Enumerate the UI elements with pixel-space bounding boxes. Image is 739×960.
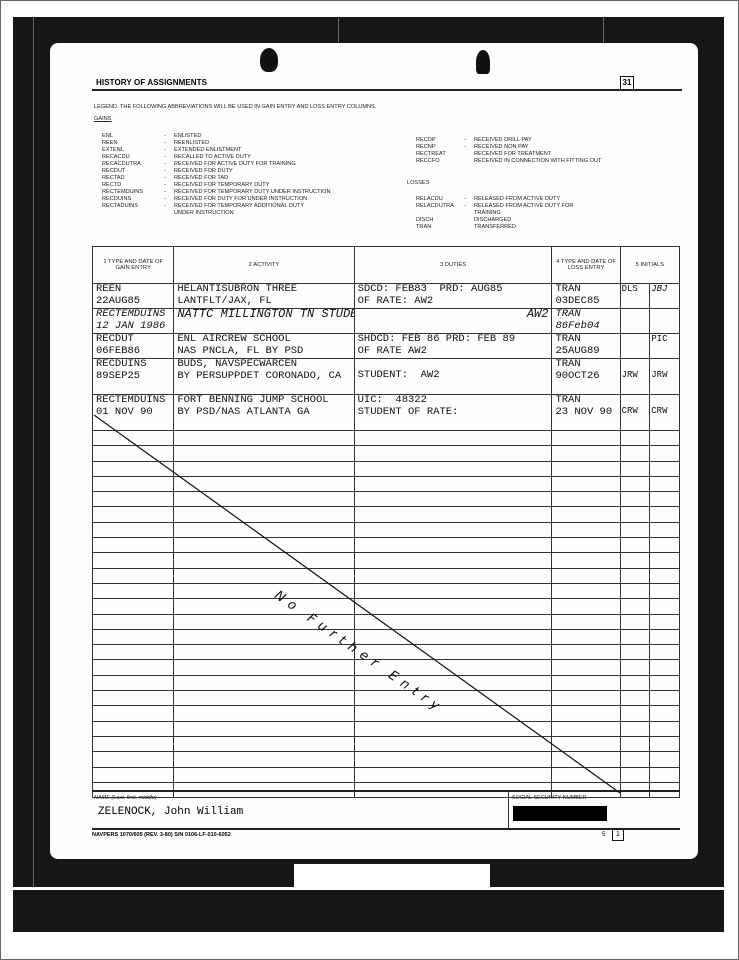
losses-heading: LOSSES: [407, 180, 429, 187]
loss-cell: TRAN 23 NOV 90: [552, 395, 620, 431]
empty-row: [93, 706, 680, 721]
gain-cell: RECTEMDUINS 12 JAN 1986: [93, 309, 174, 334]
legend-item: RECTAD-RECEIVED FOR TAD: [102, 175, 331, 182]
gain-cell: RECDUT 06FEB86: [93, 334, 174, 359]
initials-b-cell: CRW: [650, 395, 680, 431]
assignments-table: 1 TYPE AND DATE OF GAIN ENTRY 2 ACTIVITY…: [92, 246, 680, 798]
empty-row: [93, 599, 680, 614]
col-initials: 5 INITIALS: [620, 247, 679, 284]
corner-number: 5: [602, 832, 605, 838]
scanned-frame-bottom-strip: [13, 890, 724, 932]
name-label: NAME (Last, first, middle): [94, 795, 157, 801]
ssn-label: SOCIAL SECURITY NUMBER: [512, 795, 587, 801]
empty-row: [93, 492, 680, 507]
legend-item: ENL-ENLISTED: [102, 133, 331, 140]
duties-cell: STUDENT: AW2: [354, 359, 552, 395]
gains-heading: GAINS: [94, 116, 111, 123]
empty-row: [93, 522, 680, 537]
activity-cell: ENL AIRCREW SCHOOL NAS PNCLA, FL BY PSD: [174, 334, 354, 359]
loss-cell: TRAN 90OCT26: [552, 359, 620, 395]
legend-item: RECTEMDUINS-RECEIVED FOR TEMPORARY DUTY …: [102, 189, 331, 196]
frame-gap: [294, 864, 490, 888]
legend-item: TRAINING: [416, 210, 573, 217]
empty-row: [93, 461, 680, 476]
ssn-redaction: [513, 806, 607, 821]
ssn-divider: [508, 792, 509, 828]
legend-item: TRANTRANSFERRED: [416, 224, 573, 231]
initials-a-cell: DLS: [620, 284, 650, 309]
initials-a-cell: [620, 334, 650, 359]
table-row: RECDUINS 89SEP25 BUDS, NAVSPECWARCEN BY …: [93, 359, 680, 395]
col-loss-entry: 4 TYPE AND DATE OF LOSS ENTRY: [552, 247, 620, 284]
legend-intro: LEGEND. THE FOLLOWING ABBREVIATIONS WILL…: [94, 104, 376, 111]
empty-row: [93, 721, 680, 736]
duties-cell: SDCD: FEB83 PRD: AUG85 OF RATE: AW2: [354, 284, 552, 309]
page-title: HISTORY OF ASSIGNMENTS: [96, 78, 207, 87]
document-sheet: HISTORY OF ASSIGNMENTS 31 LEGEND. THE FO…: [50, 43, 698, 859]
empty-row: [93, 614, 680, 629]
empty-row: [93, 431, 680, 446]
duties-cell: SHDCD: FEB 86 PRD: FEB 89 OF RATE AW2: [354, 334, 552, 359]
table-header-row: 1 TYPE AND DATE OF GAIN ENTRY 2 ACTIVITY…: [93, 247, 680, 284]
empty-row: [93, 752, 680, 767]
col-duties: 3 DUTIES: [354, 247, 552, 284]
empty-row: [93, 507, 680, 522]
legend-item: RECDP-RECEIVED DRILL PAY: [416, 137, 601, 144]
legend-item: RECDUINS-RECEIVED FOR DUTY FOR UNDER INS…: [102, 196, 331, 203]
col-activity: 2 ACTIVITY: [174, 247, 354, 284]
gain-cell: REEN 22AUG85: [93, 284, 174, 309]
legend-item: UNDER INSTRUCTION: [102, 210, 331, 217]
legend-item: RECACDU-RECALLED TO ACTIVE DUTY: [102, 154, 331, 161]
empty-row: [93, 476, 680, 491]
loss-cell: TRAN 25AUG89: [552, 334, 620, 359]
empty-row: [93, 553, 680, 568]
empty-row: [93, 538, 680, 553]
table-row: RECDUT 06FEB86 ENL AIRCREW SCHOOL NAS PN…: [93, 334, 680, 359]
duties-cell: UIC: 48322 STUDENT OF RATE:: [354, 395, 552, 431]
bottom-rule: [92, 828, 680, 830]
loss-cell: TRAN 03DEC85: [552, 284, 620, 309]
legend-item: RECCFORECEIVED IN CONNECTION WITH FITTIN…: [416, 158, 601, 165]
loss-cell: TRAN 86Feb04: [552, 309, 620, 334]
initials-b-cell: JBJ: [650, 284, 680, 309]
legend-item: RELACDU-RELEASED FROM ACTIVE DUTY: [416, 196, 573, 203]
corner-box: 1: [612, 829, 624, 841]
table-row: RECTEMDUINS 01 NOV 90 FORT BENNING JUMP …: [93, 395, 680, 431]
empty-row: [93, 446, 680, 461]
initials-a-cell: CRW: [620, 395, 650, 431]
title-rule: [92, 89, 682, 91]
gain-cell: RECDUINS 89SEP25: [93, 359, 174, 395]
gains-legend: ENL-ENLISTED REEN-REENLISTED EXTENL-EXTE…: [102, 133, 331, 217]
legend-item: RECNP-RECEIVED NON PAY: [416, 144, 601, 151]
page-number: 31: [620, 76, 634, 90]
activity-cell: FORT BENNING JUMP SCHOOL BY PSD/NAS ATLA…: [174, 395, 354, 431]
activity-cell: BUDS, NAVSPECWARCEN BY PERSUPPDET CORONA…: [174, 359, 354, 395]
punch-hole-right-icon: [476, 50, 490, 74]
legend-item: RECACDUTRA-RECEIVED FOR ACTIVE DUTY FOR …: [102, 161, 331, 168]
legend-item: RECTREATRECEIVED FOR TREATMENT: [416, 151, 601, 158]
empty-row: [93, 645, 680, 660]
empty-row: [93, 583, 680, 598]
initials-a-cell: JRW: [620, 359, 650, 395]
table-row-handwritten: RECTEMDUINS 12 JAN 1986 NATTC MILLINGTON…: [93, 309, 680, 334]
legend-item: RECDUT-RECEIVED FOR DUTY: [102, 168, 331, 175]
legend-item: RECTD-RECEIVED FOR TEMPORARY DUTY: [102, 182, 331, 189]
empty-row: [93, 691, 680, 706]
empty-row: [93, 629, 680, 644]
gain-cell: RECTEMDUINS 01 NOV 90: [93, 395, 174, 431]
activity-cell: HELANTISUBRON THREE LANTFLT/JAX, FL: [174, 284, 354, 309]
punch-hole-left-icon: [260, 48, 278, 72]
activity-cell: NATTC MILLINGTON TN STUDENT: [174, 309, 354, 334]
empty-row: [93, 568, 680, 583]
empty-row: [93, 767, 680, 782]
initials-b-cell: PIC: [650, 334, 680, 359]
initials-b-cell: [650, 309, 680, 334]
table-row: REEN 22AUG85 HELANTISUBRON THREE LANTFLT…: [93, 284, 680, 309]
empty-row: [93, 736, 680, 751]
losses-legend: RELACDU-RELEASED FROM ACTIVE DUTY RELACD…: [416, 196, 573, 231]
gains-legend-continued: RECDP-RECEIVED DRILL PAY RECNP-RECEIVED …: [416, 137, 601, 165]
initials-a-cell: [620, 309, 650, 334]
initials-b-cell: JRW: [650, 359, 680, 395]
legend-item: DISCHDISCHARGED: [416, 217, 573, 224]
legend-item: RELACDUTRA-RELEASED FROM ACTIVE DUTY FOR: [416, 203, 573, 210]
form-number: NAVPERS 1070/605 (REV. 3-80) S/N 0106-LF…: [92, 832, 231, 838]
name-value: ZELENOCK, John William: [98, 806, 243, 818]
legend-item: RECTADUINS-RECEIVED FOR TEMPORARY ADDITI…: [102, 203, 331, 210]
duties-cell: AW2: [354, 309, 552, 334]
legend-item: EXTENL-EXTENDED ENLISTMENT: [102, 147, 331, 154]
name-rule: [92, 790, 680, 792]
col-gain-entry: 1 TYPE AND DATE OF GAIN ENTRY: [93, 247, 174, 284]
legend-item: REEN-REENLISTED: [102, 140, 331, 147]
